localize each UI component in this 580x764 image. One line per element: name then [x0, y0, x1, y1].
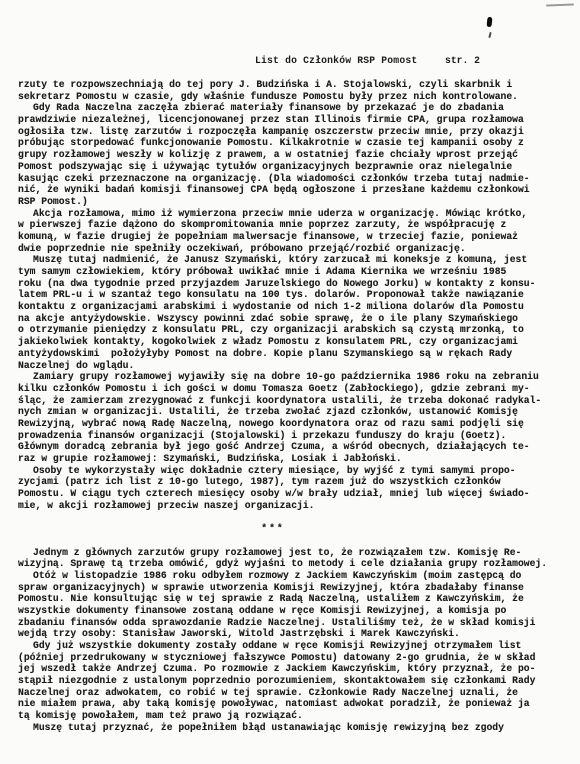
text-line: jakiekolwiek kontakty, kogokolwiek z wła…	[18, 336, 566, 348]
text-line: spraw organizacyjnych) w sprawie utworze…	[18, 582, 566, 594]
letter-body: rzuty te rozpowszechniają do tej pory J.…	[18, 79, 566, 734]
text-line: Gdy Rada Naczelna zaczęła zbierać materi…	[18, 102, 566, 114]
scan-artifact-dash	[546, 4, 574, 7]
text-line: raz w grupie rozłamowej: Szymański, Budz…	[18, 453, 566, 465]
text-line: próbując storpedować funkcjonowanie Pomo…	[18, 137, 566, 149]
text-line: Rewizyjną, wybrać nową Radę Naczelną, no…	[18, 418, 566, 430]
text-line: rzuty te rozpowszechniają do tej pory J.…	[18, 79, 566, 91]
text-line: wszystkie dokumenty finansowe zostaną od…	[18, 605, 566, 617]
text-line: Osoby te wykorzystały więc dokładnie czt…	[18, 465, 566, 477]
text-line: grupy rozłamowej weszły w kolizję z praw…	[18, 149, 566, 161]
text-line: latem PRL-u i w szantaż tego konsulatu n…	[18, 289, 566, 301]
text-line: Pomost podszywając się i używając tytułó…	[18, 161, 566, 173]
text-line: Naczelnej oraz adwokatem, co robić w tej…	[18, 687, 566, 699]
text-line: Muszę tutaj nadmienić, że Janusz Szymańs…	[18, 254, 566, 266]
text-line: zbadaniu finansów odda sprawozdanie Radz…	[18, 617, 566, 629]
text-line: śląc, że zamierzam zrezygnować z funkcji…	[18, 395, 566, 407]
text-line: kontaktu z organizacjami arabskimi i wyd…	[18, 301, 566, 313]
text-line: wejdą trzy osoby: Stanisław Jaworski, Wi…	[18, 628, 566, 640]
text-line: nych zmian w organizacji. Ustalili, że t…	[18, 406, 566, 418]
page-number: str. 2	[445, 55, 480, 66]
text-line: na akcje antyżydowskie. Wszyscy powinni …	[18, 313, 566, 325]
ink-tick-icon	[488, 32, 491, 38]
text-line: Gdy już wszystkie dokumenty zostały odda…	[18, 640, 566, 652]
text-line: prawdziwie niezależnej, licencjonowanej …	[18, 114, 566, 126]
text-line: Pomostu. Nie konsultując się w tej spraw…	[18, 593, 566, 605]
text-line: Pomostu. W ciągu tych czterech miesięcy …	[18, 488, 566, 500]
text-line: antyżydowskimi położyłyby Pomost na dobr…	[18, 348, 566, 360]
text-line: o otrzymanie pieniędzy z konsulatu PRL, …	[18, 324, 566, 336]
ink-spot-icon	[486, 17, 492, 27]
text-line: kasując czeki przeznaczone na organizacj…	[18, 173, 566, 185]
text-line: kilku członków Pomostu i ich gości w dom…	[18, 383, 566, 395]
text-line: Akcja rozłamowa, mimo iż wymierzona prze…	[18, 208, 566, 220]
text-line: Naczelnej do wglądu.	[18, 360, 566, 372]
text-line: tą komisję powołałem, mam też prawo ją r…	[18, 710, 566, 722]
text-line: tym samym człowiekiem, który próbował uw…	[18, 266, 566, 278]
document-page: List do Członków RSP Pomost str. 2 rzuty…	[0, 0, 580, 764]
text-line: dwie poprzednie nie spełniły oczekiwań, …	[18, 243, 566, 255]
text-line: Jednym z głównych zarzutów grupy rozłamo…	[18, 547, 566, 559]
text-line: Muszę tutaj przyznać, że popełniłem błąd…	[18, 722, 566, 734]
text-line: zycjami (patrz ich list z 10-go lutego, …	[18, 476, 566, 488]
text-line: Otóż w listopadzie 1986 roku odbyłem roz…	[18, 570, 566, 582]
text-line: prowadzenia finansów organizacji (Stojal…	[18, 430, 566, 442]
text-line: mie, w akcji rozłamowej przeciw naszej o…	[18, 500, 566, 512]
text-line: nie miałem prawa, aby taką komisję powoł…	[18, 698, 566, 710]
text-line: roku (na dwa tygodnie przed przyjazdem J…	[18, 278, 566, 290]
text-line: wizyjną. Sprawę tą trzeba omówić, gdyż w…	[18, 558, 566, 570]
text-line: komuną, w fazie drugiej że popełniam mal…	[18, 231, 566, 243]
text-line: RSP Pomost.)	[18, 196, 566, 208]
section-separator: ***	[18, 523, 528, 535]
text-line: ogłosiła tzw. listę zarzutów i rozpoczęł…	[18, 126, 566, 138]
document-title: List do Członków RSP Pomost	[255, 55, 417, 66]
text-line: w pierwszej fazie dążono do skompromitow…	[18, 219, 566, 231]
text-line: jej wszedł także Andrzej Czuma. Po rozmo…	[18, 663, 566, 675]
text-line: stąpił niezgodnie z ustalonym poprzednio…	[18, 675, 566, 687]
text-line: Głównym doradcą zebrania był jego gość A…	[18, 441, 566, 453]
text-line: sekretarz Pomostu w czasie, gdy właśnie …	[18, 91, 566, 103]
text-line: Zamiary grupy rozłamowej wyjawiły się na…	[18, 371, 566, 383]
text-line: (później przedrukowany w styczniowej fał…	[18, 652, 566, 664]
text-line: nić, że wyniki badań komisji finansowej …	[18, 184, 566, 196]
